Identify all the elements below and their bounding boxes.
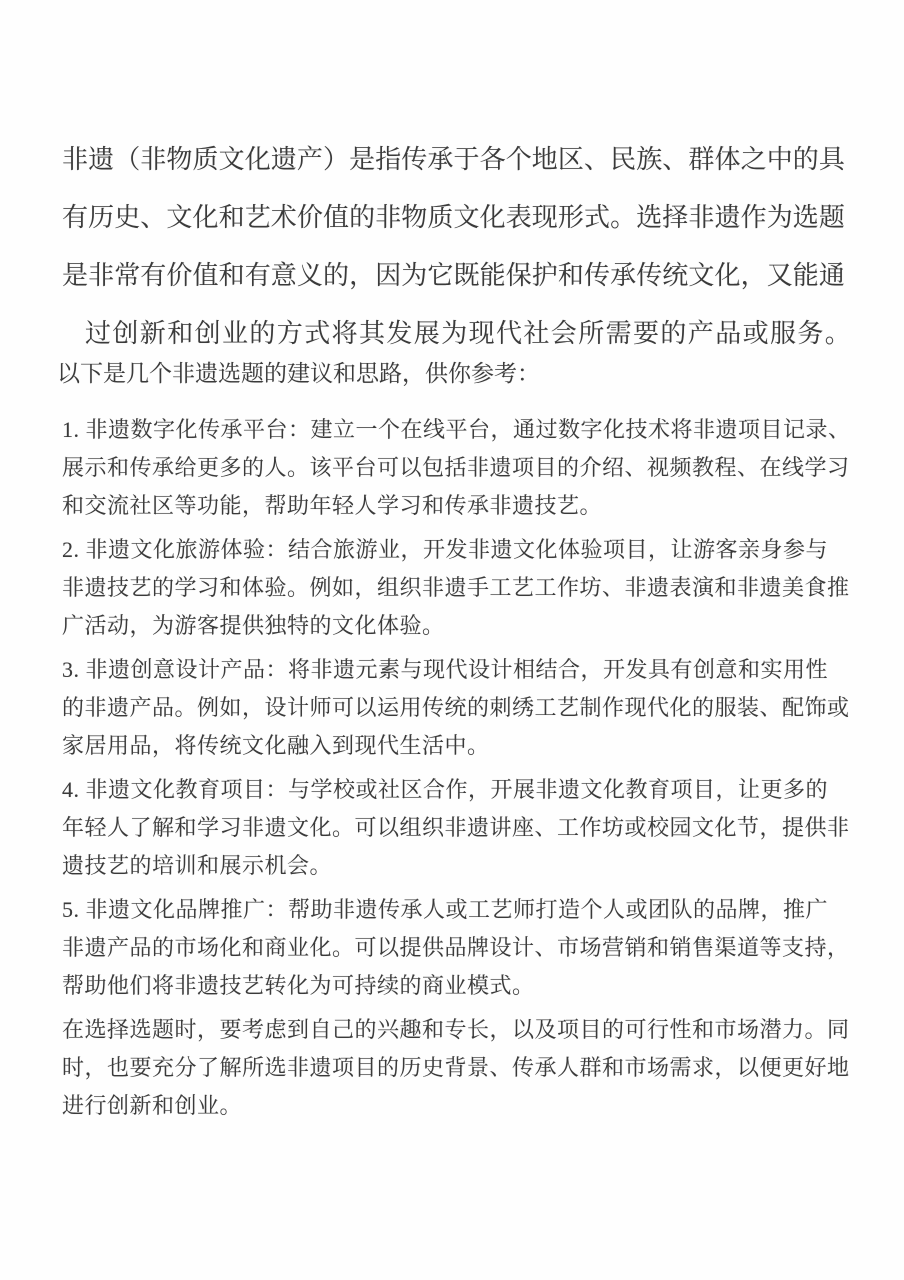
text-line: 非遗技艺的学习和体验。例如，组织非遗手工艺工作坊、非遗表演和非遗美食推 [62,569,850,607]
text-line: 广活动，为游客提供独特的文化体验。 [62,607,850,645]
closing-paragraph: 在选择选题时，要考虑到自己的兴趣和专长，以及项目的可行性和市场潜力。同 时，也要… [62,1011,850,1125]
text-line: 时，也要充分了解所选非遗项目的历史背景、传承人群和市场需求，以便更好地 [62,1049,850,1087]
text-line: 家居用品，将传统文化融入到现代生活中。 [62,727,850,765]
text-line: 5. 非遗文化品牌推广：帮助非遗传承人或工艺师打造个人或团队的品牌，推广 [62,891,850,929]
text-line: 2. 非遗文化旅游体验：结合旅游业，开发非遗文化体验项目，让游客亲身参与 [62,531,850,569]
text-line: 年轻人了解和学习非遗文化。可以组织非遗讲座、工作坊或校园文化节，提供非 [62,809,850,847]
text-line: 是非常有价值和有意义的，因为它既能保护和传承传统文化，又能通 [62,247,850,305]
text-line: 3. 非遗创意设计产品：将非遗元素与现代设计相结合，开发具有创意和实用性 [62,651,850,689]
text-line: 进行创新和创业。 [62,1087,850,1125]
text-line: 非遗（非物质文化遗产）是指传承于各个地区、民族、群体之中的具 [62,131,850,189]
document-page: 非遗（非物质文化遗产）是指传承于各个地区、民族、群体之中的具 有历史、文化和艺术… [62,131,850,1125]
page: { "page": { "background_color": "#fefefe… [0,0,904,1280]
text-line: 1. 非遗数字化传承平台：建立一个在线平台，通过数字化技术将非遗项目记录、 [62,411,850,449]
text-line: 有历史、文化和艺术价值的非物质文化表现形式。选择非遗作为选题 [62,189,850,247]
text-line: 展示和传承给更多的人。该平台可以包括非遗项目的介绍、视频教程、在线学习 [62,449,850,487]
suggestion-item-1: 1. 非遗数字化传承平台：建立一个在线平台，通过数字化技术将非遗项目记录、 展示… [62,411,850,525]
suggestion-item-4: 4. 非遗文化教育项目：与学校或社区合作，开展非遗文化教育项目，让更多的 年轻人… [62,771,850,885]
suggestion-item-5: 5. 非遗文化品牌推广：帮助非遗传承人或工艺师打造个人或团队的品牌，推广 非遗产… [62,891,850,1005]
text-line: 和交流社区等功能，帮助年轻人学习和传承非遗技艺。 [62,487,850,525]
suggestion-item-3: 3. 非遗创意设计产品：将非遗元素与现代设计相结合，开发具有创意和实用性 的非遗… [62,651,850,765]
lead-paragraph: 非遗（非物质文化遗产）是指传承于各个地区、民族、群体之中的具 有历史、文化和艺术… [62,131,850,363]
text-line: 在选择选题时，要考虑到自己的兴趣和专长，以及项目的可行性和市场潜力。同 [62,1011,850,1049]
text-line: 非遗产品的市场化和商业化。可以提供品牌设计、市场营销和销售渠道等支持， [62,929,850,967]
text-line: 4. 非遗文化教育项目：与学校或社区合作，开展非遗文化教育项目，让更多的 [62,771,850,809]
suggestion-item-2: 2. 非遗文化旅游体验：结合旅游业，开发非遗文化体验项目，让游客亲身参与 非遗技… [62,531,850,645]
text-line: 遗技艺的培训和展示机会。 [62,847,850,885]
text-line: 帮助他们将非遗技艺转化为可持续的商业模式。 [62,967,850,1005]
text-line: 的非遗产品。例如，设计师可以运用传统的刺绣工艺制作现代化的服装、配饰或 [62,689,850,727]
